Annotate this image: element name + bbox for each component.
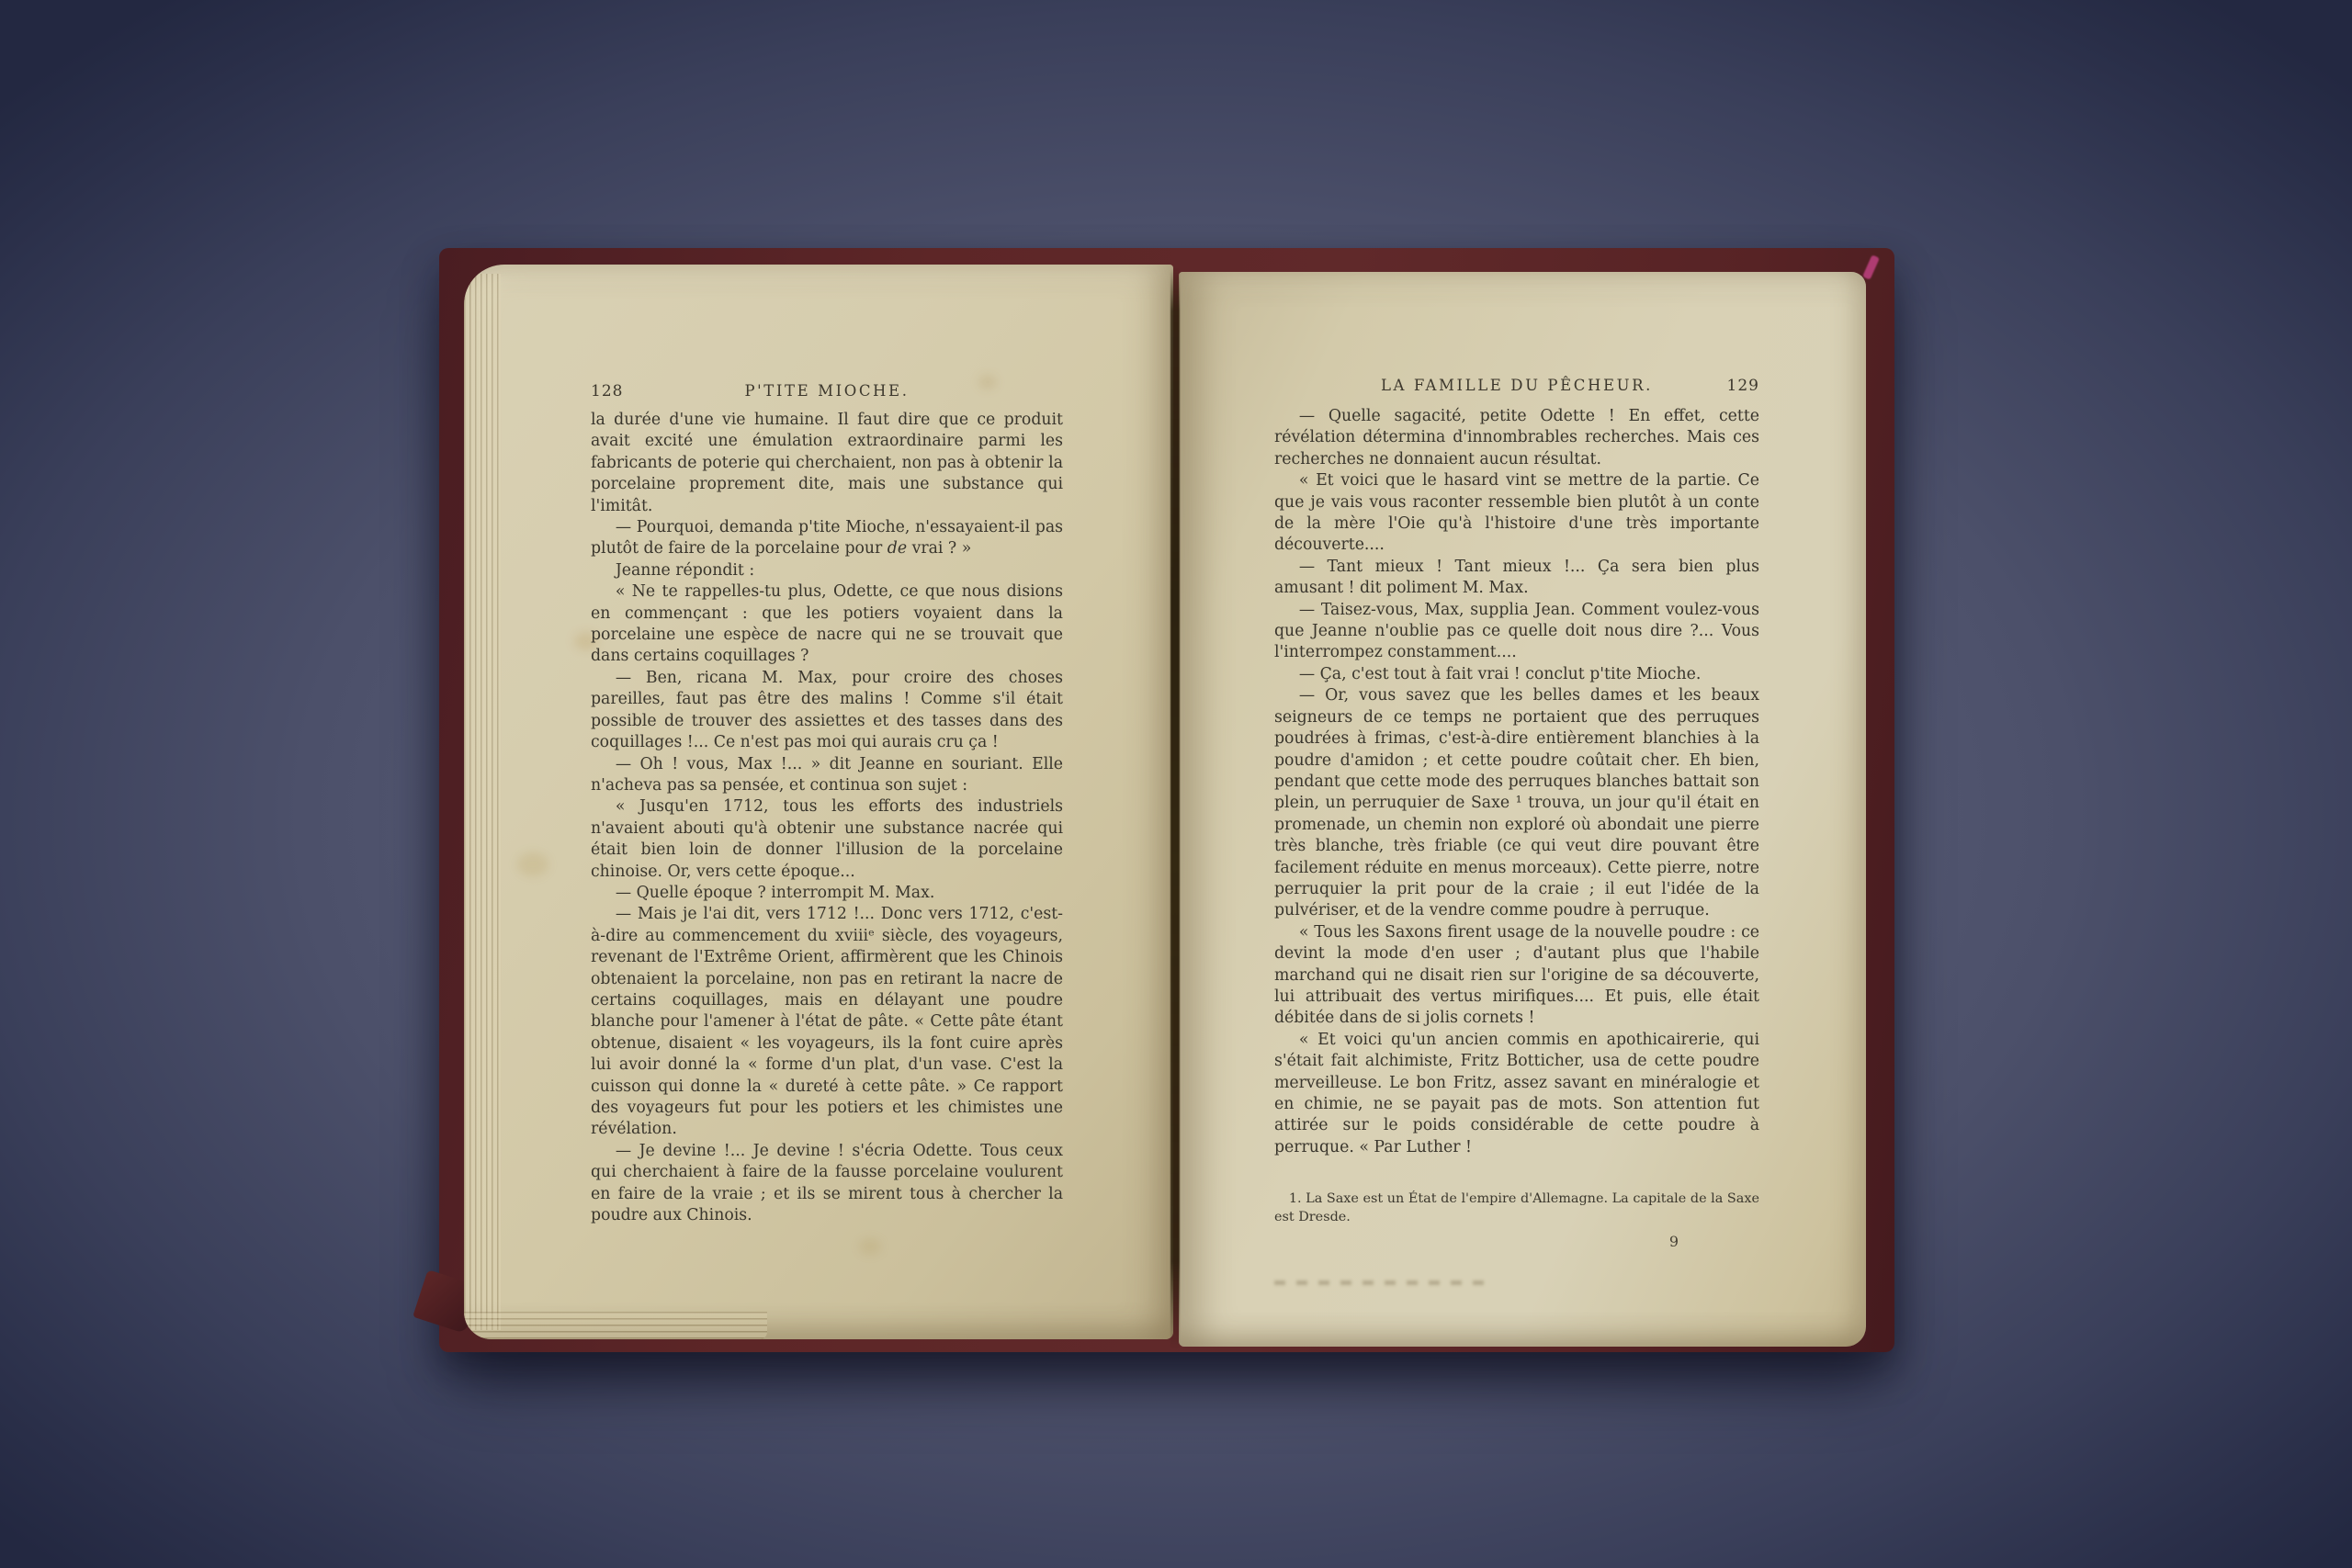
paragraph: — Taisez-vous, Max, supplia Jean. Commen… bbox=[1274, 600, 1759, 664]
footnote: 1. La Saxe est un État de l'empire d'All… bbox=[1274, 1190, 1759, 1226]
signature-mark: 9 bbox=[1274, 1233, 1759, 1250]
paragraph: « Ne te rappelles-tu plus, Odette, ce qu… bbox=[591, 581, 1063, 668]
paragraph: — Quelle sagacité, petite Odette ! En ef… bbox=[1274, 406, 1759, 470]
left-page: 128 P'TITE MIOCHE. la durée d'une vie hu… bbox=[464, 265, 1173, 1339]
paragraph: — Mais je l'ai dit, vers 1712 !... Donc … bbox=[591, 904, 1063, 1140]
book-gutter-seam bbox=[1170, 268, 1180, 1348]
right-page-text: — Quelle sagacité, petite Odette ! En ef… bbox=[1274, 406, 1759, 1158]
foxing-spot bbox=[517, 852, 548, 876]
paragraph: — Quelle époque ? interrompit M. Max. bbox=[591, 883, 1063, 904]
right-page-number: 129 bbox=[1695, 377, 1759, 395]
paragraph: — Ben, ricana M. Max, pour croire des ch… bbox=[591, 668, 1063, 754]
paragraph: « Et voici qu'un ancien commis en apothi… bbox=[1274, 1030, 1759, 1158]
right-page: LA FAMILLE DU PÊCHEUR. 129 — Quelle saga… bbox=[1179, 272, 1866, 1347]
paragraph: « Tous les Saxons firent usage de la nou… bbox=[1274, 922, 1759, 1030]
paragraph: Jeanne répondit : bbox=[591, 560, 1063, 581]
paragraph: — Je devine !... Je devine ! s'écria Ode… bbox=[591, 1141, 1063, 1227]
paragraph: — Tant mieux ! Tant mieux !... Ça sera b… bbox=[1274, 557, 1759, 600]
left-page-header: 128 P'TITE MIOCHE. bbox=[591, 382, 1063, 400]
paragraph: — Pourquoi, demanda p'tite Mioche, n'ess… bbox=[591, 517, 1063, 560]
paragraph: la durée d'une vie humaine. Il faut dire… bbox=[591, 410, 1063, 517]
paragraph: — Oh ! vous, Max !... » dit Jeanne en so… bbox=[591, 754, 1063, 797]
paragraph: — Or, vous savez que les belles dames et… bbox=[1274, 685, 1759, 921]
paragraph: — Ça, c'est tout à fait vrai ! conclut p… bbox=[1274, 664, 1759, 685]
open-book: 128 P'TITE MIOCHE. la durée d'une vie hu… bbox=[439, 241, 1896, 1354]
left-page-number: 128 bbox=[591, 382, 655, 400]
paragraph: « Jusqu'en 1712, tous les efforts des in… bbox=[591, 796, 1063, 883]
left-page-text: la durée d'une vie humaine. Il faut dire… bbox=[591, 410, 1063, 1226]
right-page-header: LA FAMILLE DU PÊCHEUR. 129 bbox=[1274, 377, 1759, 395]
paragraph: « Et voici que le hasard vint se mettre … bbox=[1274, 470, 1759, 557]
photo-of-open-book: 128 P'TITE MIOCHE. la durée d'une vie hu… bbox=[0, 0, 2352, 1568]
left-running-title: P'TITE MIOCHE. bbox=[655, 382, 999, 400]
ink-showthrough bbox=[1274, 1280, 1486, 1285]
right-running-title: LA FAMILLE DU PÊCHEUR. bbox=[1339, 377, 1695, 394]
foxing-spot bbox=[859, 1238, 881, 1255]
